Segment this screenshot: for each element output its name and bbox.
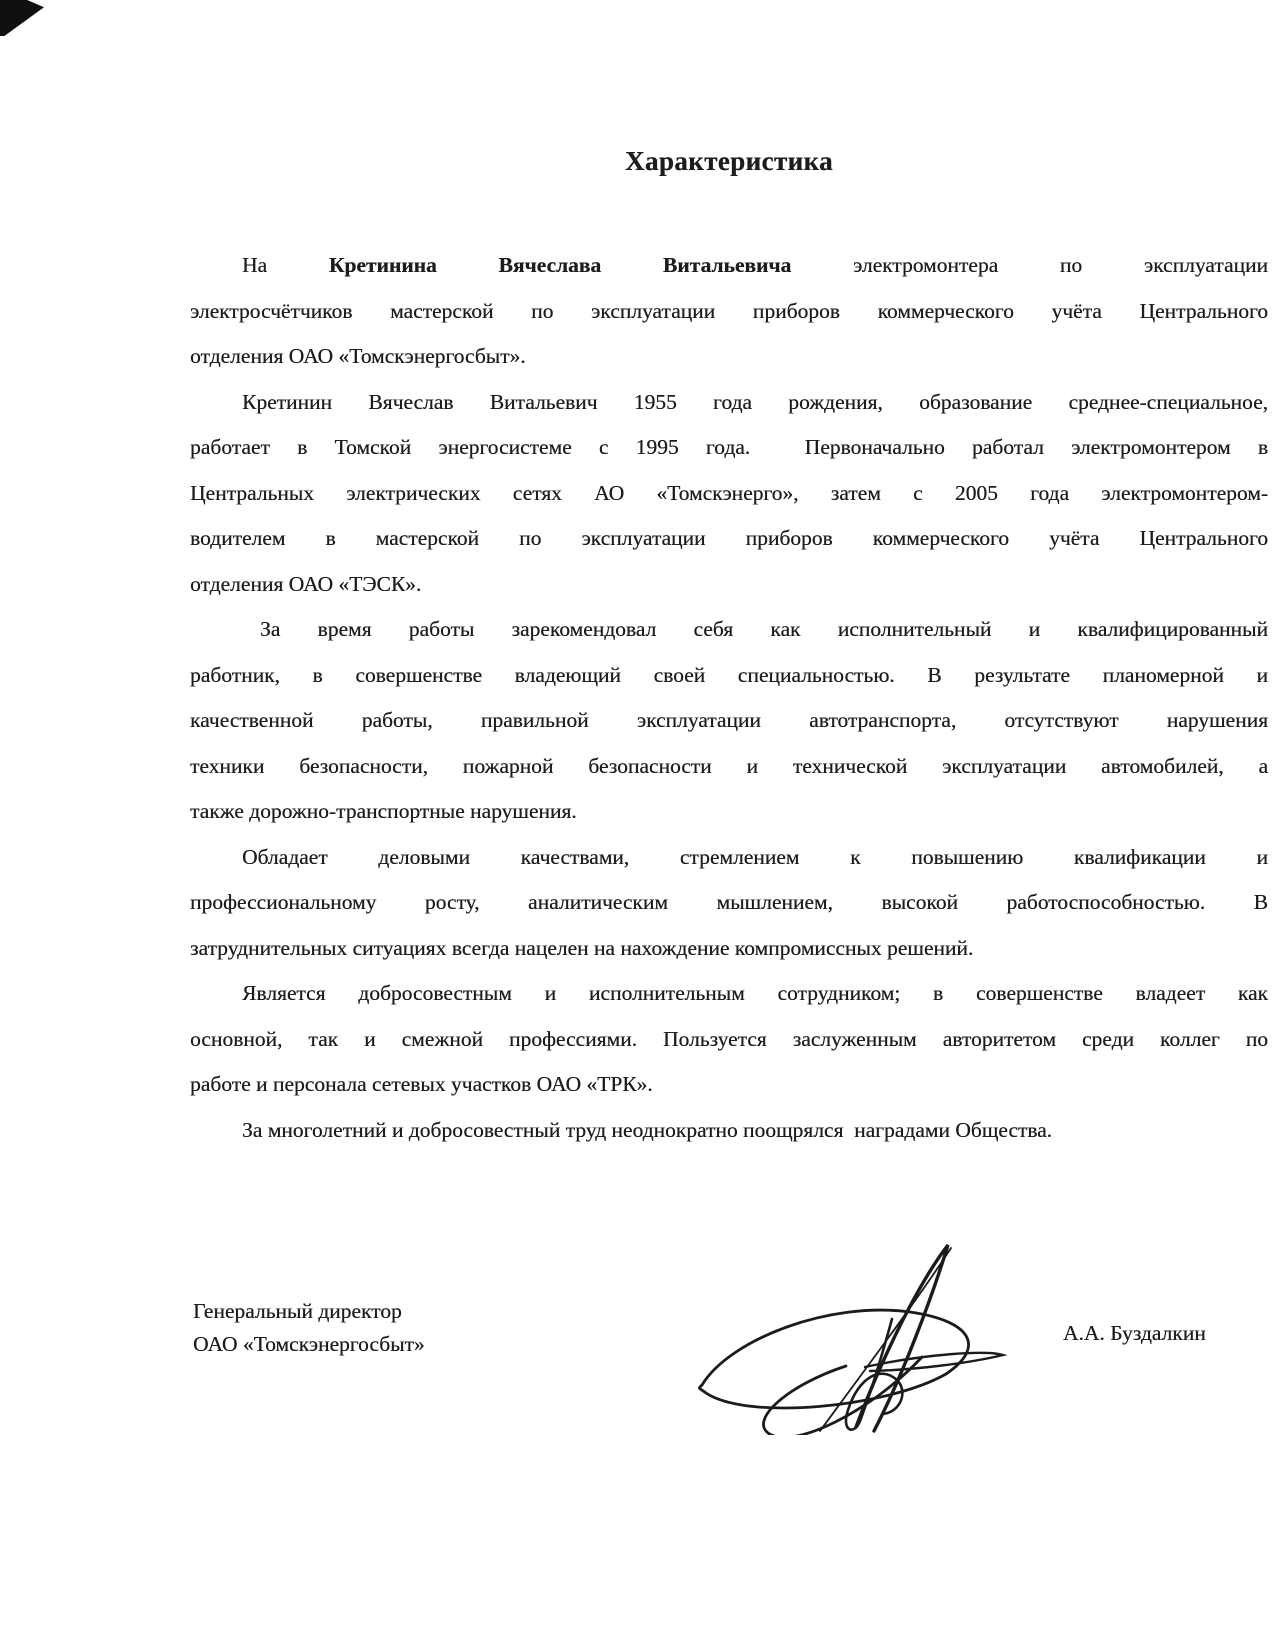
body-line: Обладает деловыми качествами, стремление… (190, 835, 1268, 881)
signature-icon (660, 1235, 1020, 1435)
body-line: качественной работы, правильной эксплуат… (190, 698, 1268, 744)
body-line: На Кретинина Вячеслава Витальевича элект… (190, 243, 1268, 289)
document-body: На Кретинина Вячеслава Витальевича элект… (190, 243, 1268, 1153)
line1-prefix: На (242, 253, 267, 277)
body-line: техники безопасности, пожарной безопасно… (190, 744, 1268, 790)
body-line: также дорожно-транспортные нарушения. (190, 789, 1268, 835)
body-line: За время работы зарекомендовал себя как … (190, 607, 1268, 653)
signer-name: А.А. Буздалкин (1063, 1320, 1206, 1346)
line1-suffix: электромонтера по эксплуатации (853, 253, 1268, 277)
document-page: Характеристика На Кретинина Вячеслава Ви… (0, 0, 1275, 1650)
body-line: Является добросовестным и исполнительным… (190, 971, 1268, 1017)
body-line: работает в Томской энергосистеме с 1995 … (190, 425, 1268, 471)
body-line: Центральных электрических сетях АО «Томс… (190, 471, 1268, 517)
subject-name: Кретинина Вячеслава Витальевича (329, 253, 791, 277)
body-line: затруднительных ситуациях всегда нацелен… (190, 926, 1268, 972)
body-line: профессиональному росту, аналитическим м… (190, 880, 1268, 926)
body-line: За многолетний и добросовестный труд нео… (190, 1108, 1268, 1154)
body-line: работник, в совершенстве владеющий своей… (190, 653, 1268, 699)
signer-company-line: ОАО «Томскэнергосбыт» (193, 1328, 425, 1361)
signer-title-block: Генеральный директор ОАО «Томскэнергосбы… (193, 1295, 425, 1361)
body-line: Кретинин Вячеслав Витальевич 1955 года р… (190, 380, 1268, 426)
body-line: водителем в мастерской по эксплуатации п… (190, 516, 1268, 562)
body-line: работе и персонала сетевых участков ОАО … (190, 1062, 1268, 1108)
scan-corner-artifact (0, 0, 44, 36)
document-title: Характеристика (190, 147, 1268, 177)
body-line: основной, так и смежной профессиями. Пол… (190, 1017, 1268, 1063)
signer-position-line: Генеральный директор (193, 1295, 425, 1328)
body-line: отделения ОАО «ТЭСК». (190, 562, 1268, 608)
body-line: отделения ОАО «Томскэнергосбыт». (190, 334, 1268, 380)
body-line: электросчётчиков мастерской по эксплуата… (190, 289, 1268, 335)
